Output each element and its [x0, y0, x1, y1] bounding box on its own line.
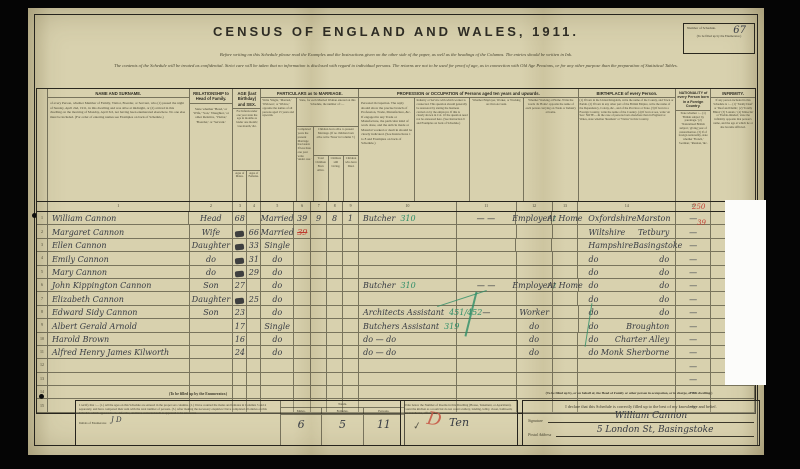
header-birthplace-body: (1) If born in the United Kingdom, write…	[579, 98, 676, 201]
children-living-cell	[327, 292, 343, 304]
age-male-cell: 68	[233, 212, 247, 224]
header-age-males: Ages of Males.	[233, 171, 246, 201]
header-marriage: PARTICULARS as to MARRIAGE. Write 'Singl…	[261, 89, 359, 201]
header-children-group: Children born alive to present Marriage.…	[314, 127, 359, 201]
table-row: 9Albert Gerald Arnold17SingleButchers As…	[37, 319, 755, 332]
marital-status-cell: do	[261, 279, 294, 291]
relationship-cell	[190, 346, 234, 358]
children-born-cell	[311, 279, 327, 291]
column-number: 11	[457, 202, 517, 211]
occupation-cell: Butchers Assistant319	[359, 319, 457, 331]
row-number: 4	[37, 252, 48, 264]
years-married-cell	[294, 306, 311, 318]
age-female-cell	[247, 212, 261, 224]
at-home-cell	[553, 225, 579, 237]
column-number-strip: 12345678910111213141516	[36, 202, 756, 212]
employment-text: Employer	[512, 282, 551, 290]
relationship-cell: Wife	[190, 225, 234, 237]
table-row: 5Mary Cannondo29dododo—	[37, 266, 755, 279]
occupation-cell	[359, 266, 457, 278]
ink-blot	[235, 244, 245, 251]
children-died-cell	[343, 319, 359, 331]
age-male-cell: 23	[233, 306, 247, 318]
children-born-cell	[311, 333, 327, 345]
employment-cell: Worker	[517, 306, 553, 318]
header-occupation-title: PROFESSION or OCCUPATION of Persons aged…	[359, 89, 577, 98]
relationship-cell: Son	[190, 279, 234, 291]
name-cell: Ellen Cannon	[48, 239, 190, 251]
children-died-cell	[343, 359, 359, 371]
name-cell: Elizabeth Cannon	[48, 292, 190, 304]
ink-blot	[235, 257, 245, 264]
row-number: 14	[37, 386, 48, 398]
birthplace-cell: HampshireBasingstoke	[578, 239, 676, 251]
nationality-cell: —	[676, 225, 711, 237]
header-children-living: Children still Living.	[329, 156, 344, 201]
age-male-cell: 17	[233, 319, 247, 331]
column-number: 5	[261, 202, 294, 211]
children-died-cell	[343, 386, 359, 398]
name-cell: Mary Cannon	[48, 266, 190, 278]
relationship-cell: Son	[190, 306, 234, 318]
declaration-box: I declare that this Schedule is correctl…	[522, 400, 760, 446]
table-row: 4Emily Cannondo31dododo—	[37, 252, 755, 265]
at-home-cell	[553, 319, 579, 331]
row-number: 13	[37, 373, 48, 385]
occupation-text: Butcher	[363, 282, 395, 290]
header-relationship: RELATIONSHIP to Head of Family. State wh…	[190, 89, 234, 201]
occupation-code: 310	[400, 282, 415, 290]
row-number: 11	[37, 346, 48, 358]
occupation-cell: Butcher310	[359, 279, 457, 291]
header-children-died: Children who have Died.	[344, 156, 358, 201]
children-died-cell	[343, 292, 359, 304]
birthplace-county: do	[588, 256, 598, 264]
age-female-cell	[247, 279, 261, 291]
header-nationality-body: State whether :— (1) 'British subject by…	[676, 111, 710, 201]
header-industry: Industry or Service with which worker is…	[415, 98, 469, 201]
row-number: 3	[37, 239, 48, 251]
marital-status-cell	[261, 373, 294, 385]
age-male-cell	[233, 359, 247, 371]
children-living-cell	[327, 279, 343, 291]
signature-row: Signature William Cannon	[528, 412, 754, 423]
birthplace-county: do	[588, 269, 598, 277]
column-number: 9	[343, 202, 359, 211]
totals-title: Totals.	[281, 401, 404, 408]
census-rows: 1William CannonHead68Married39981Butcher…	[36, 212, 756, 414]
column-number: 12	[517, 202, 553, 211]
name-cell: Edward Sidy Cannon	[48, 306, 190, 318]
name-cell: John Kippington Cannon	[48, 279, 190, 291]
table-row: 11Alfred Henry James Kilworth24dodo — do…	[37, 346, 755, 359]
children-living-cell	[327, 346, 343, 358]
years-married-cell	[294, 359, 311, 371]
initials-value: J D	[111, 416, 122, 425]
birthplace-town: do	[659, 256, 669, 264]
years-married-cell	[294, 266, 311, 278]
children-died-cell	[343, 252, 359, 264]
table-header: NAME AND SURNAME. of every Person, wheth…	[36, 88, 756, 202]
row-number: 2	[37, 225, 48, 237]
employment-cell: do	[517, 319, 553, 331]
nationality-cell: —	[676, 306, 711, 318]
children-living-cell	[327, 225, 343, 237]
nationality-cell: —	[676, 359, 711, 371]
row-number: 8	[37, 306, 48, 318]
children-born-cell	[311, 386, 327, 398]
header-working-at-home: Whether Working at Home. Write the words…	[524, 98, 577, 201]
birthplace-town: do	[659, 282, 669, 290]
header-relationship-title: RELATIONSHIP to Head of Family.	[190, 89, 233, 104]
age-female-cell: 31	[247, 252, 261, 264]
row-number: 10	[37, 333, 48, 345]
birthplace-county: do	[588, 349, 598, 357]
ink-blot	[235, 230, 245, 237]
initials-label: Initials of Enumerator.	[79, 421, 107, 425]
employment-cell	[517, 373, 553, 385]
birthplace-cell: dodo	[578, 292, 676, 304]
census-scan: CENSUS OF ENGLAND AND WALES, 1911. Befor…	[0, 0, 800, 469]
industry-cell	[457, 292, 517, 304]
children-born-cell	[311, 239, 327, 251]
years-married-cell	[294, 279, 311, 291]
children-born-cell	[311, 306, 327, 318]
header-infirmity-title: INFIRMITY.	[711, 89, 755, 98]
children-died-cell	[343, 373, 359, 385]
header-row-number-col	[37, 89, 48, 201]
nationality-cell: —	[676, 319, 711, 331]
occupation-cell	[359, 239, 457, 251]
age-female-cell: 29	[247, 266, 261, 278]
redaction-overlay	[725, 200, 766, 385]
name-cell: William Cannon	[48, 212, 189, 224]
marital-status-cell: do	[261, 333, 294, 345]
occupation-cell	[359, 292, 457, 304]
marital-status-cell: do	[261, 252, 294, 264]
age-female-cell	[247, 333, 261, 345]
years-married-cell	[294, 239, 311, 251]
children-living-cell	[327, 306, 343, 318]
header-years-married: Completed years the present Marriage has…	[297, 127, 314, 201]
at-home-cell	[553, 359, 579, 371]
row-number: 5	[37, 266, 48, 278]
header-age-subcols: Ages of Males. Ages of Females.	[233, 170, 260, 201]
children-born-cell	[311, 292, 327, 304]
children-living-cell	[327, 359, 343, 371]
marital-status-cell: Single	[261, 319, 294, 331]
instruction-line-1: Before writing on this Schedule please r…	[57, 52, 734, 58]
birthplace-county: do	[588, 296, 598, 304]
column-number: 6	[294, 202, 311, 211]
industry-cell: — —	[457, 212, 517, 224]
occupation-cell	[359, 359, 457, 371]
row-number: 9	[37, 319, 48, 331]
industry-cell	[457, 373, 517, 385]
header-birthplace-title: BIRTHPLACE of every Person.	[579, 89, 676, 98]
years-married-cell	[294, 333, 311, 345]
birthplace-county: Oxfordshire	[588, 215, 636, 223]
children-died-cell	[343, 333, 359, 345]
nationality-cell: —	[676, 292, 711, 304]
birthplace-town: do	[659, 309, 669, 317]
occupation-text: Butchers Assistant	[363, 323, 439, 331]
table-row: 2Margaret CannonWife66Married39Wiltshire…	[37, 225, 755, 238]
age-male-cell	[233, 292, 247, 304]
birthplace-cell: dodo	[578, 252, 676, 264]
at-home-cell: At Home	[553, 279, 579, 291]
children-died-cell	[343, 266, 359, 278]
nationality-cell: —	[676, 346, 711, 358]
employment-cell	[517, 266, 553, 278]
enumerator-box: I certify that :— (1.) All the ages on t…	[75, 400, 405, 446]
children-living-cell	[327, 266, 343, 278]
years-married-cell	[294, 252, 311, 264]
birthplace-town: Marston	[636, 215, 670, 223]
header-name-title: NAME AND SURNAME.	[48, 89, 189, 98]
birthplace-cell: dodo	[579, 279, 677, 291]
header-marriage-detail-cols: Completed years the present Marriage has…	[297, 127, 359, 201]
column-number: 14	[578, 202, 676, 211]
children-died-cell	[343, 346, 359, 358]
nationality-cell: —	[676, 333, 711, 345]
females-label: Females.	[322, 408, 363, 415]
header-relationship-body: State whether 'Head,' or 'Wife,' 'Son,' …	[190, 104, 233, 202]
name-cell: Emily Cannon	[48, 252, 190, 264]
birthplace-county: Wiltshire	[588, 229, 625, 237]
children-born-cell	[311, 225, 327, 237]
certify-text-area: I certify that :— (1.) All the ages on t…	[76, 401, 281, 445]
industry-cell: —	[457, 306, 517, 318]
children-born-cell	[311, 266, 327, 278]
children-died-cell	[343, 279, 359, 291]
at-home-cell	[553, 306, 579, 318]
years-married-cell	[294, 292, 311, 304]
birthplace-cell	[578, 359, 676, 371]
industry-cell	[457, 346, 517, 358]
occupation-cell: do — do	[359, 333, 457, 345]
address-label: Postal Address	[528, 433, 551, 437]
children-born-cell	[311, 319, 327, 331]
children-living-cell: 8	[327, 212, 343, 224]
birthplace-county: Hampshire	[588, 242, 633, 250]
column-number: 10	[359, 202, 457, 211]
totals-values: 6 5 11	[281, 415, 404, 445]
at-home-cell	[553, 346, 579, 358]
children-born-cell	[311, 252, 327, 264]
rooms-box: Write below the Number of Rooms in this …	[400, 400, 518, 446]
age-male-cell	[233, 225, 247, 237]
age-female-cell	[247, 346, 261, 358]
age-male-cell: 16	[233, 333, 247, 345]
age-female-cell: 33	[247, 239, 261, 251]
row-number: 6	[37, 279, 48, 291]
address-value: 5 London St, Basingstoke	[556, 426, 754, 437]
header-marriage-split: Write 'Single,' 'Married,' 'Widower,' or…	[261, 98, 358, 201]
marital-status-cell: do	[261, 266, 294, 278]
years-married-cell: 39	[294, 225, 311, 237]
employment-text: Worker	[519, 309, 549, 317]
industry-cell	[457, 252, 517, 264]
initials-row: Initials of Enumerator. J D	[79, 416, 277, 425]
schedule-number-value: 67	[733, 25, 746, 36]
header-marriage-status: Write 'Single,' 'Married,' 'Widower,' or…	[261, 98, 296, 201]
header-age-body: For Infants under one year state the age…	[233, 109, 260, 170]
column-number: 13	[553, 202, 579, 211]
employment-cell	[517, 252, 553, 264]
age-female-cell	[247, 359, 261, 371]
rooms-instruction: Write below the Number of Rooms in this …	[404, 403, 514, 415]
children-living-cell	[327, 333, 343, 345]
address-row: Postal Address 5 London St, Basingstoke	[528, 426, 754, 437]
years-married-cell	[294, 319, 311, 331]
row-number: 7	[37, 292, 48, 304]
employment-cell	[517, 292, 553, 304]
column-number: 7	[311, 202, 327, 211]
children-died-cell: 1	[343, 212, 359, 224]
header-personal-occupation: Personal Occupation. The reply should sh…	[359, 98, 415, 201]
relationship-cell: Daughter	[190, 239, 234, 251]
occupation-cell	[359, 386, 457, 398]
age-male-cell	[233, 252, 247, 264]
industry-cell	[457, 239, 517, 251]
header-marriage-title: PARTICULARS as to MARRIAGE.	[261, 89, 358, 98]
header-age-title: AGE (last Birthday) and SEX.	[233, 89, 260, 109]
totals-labels: Males. Females. Persons.	[281, 408, 404, 415]
occupation-text: do — do	[363, 336, 396, 344]
marital-status-cell: Married	[261, 212, 294, 224]
schedule-number-box: Number of Schedule. 67 (To be filled up …	[683, 23, 755, 54]
age-male-cell	[233, 239, 247, 251]
row-number: 12	[37, 359, 48, 371]
birthplace-cell: OxfordshireMarston	[578, 212, 676, 224]
at-home-cell	[553, 333, 579, 345]
age-female-cell	[247, 306, 261, 318]
header-nationality: NATIONALITY of every Person born in a Fo…	[676, 89, 711, 201]
occupation-cell: Architects Assistant451/452	[359, 306, 457, 318]
birthplace-town: do	[659, 296, 669, 304]
employment-text: do	[529, 323, 539, 331]
children-died-cell	[343, 239, 359, 251]
children-died-cell	[343, 225, 359, 237]
years-married-cell	[294, 373, 311, 385]
at-home-cell	[553, 373, 579, 385]
name-cell	[48, 373, 190, 385]
header-children-born: Total Children Born Alive.	[314, 156, 329, 201]
table-row: 10Harold Brown16dodo — dododoCharter All…	[37, 333, 755, 346]
header-infirmity: INFIRMITY. If any person included in thi…	[711, 89, 755, 201]
header-occupation-cols: Personal Occupation. The reply should sh…	[359, 98, 577, 201]
red-annotation-bottom: 39	[697, 219, 706, 227]
persons-label: Persons.	[364, 408, 404, 415]
occupation-cell	[359, 252, 457, 264]
table-row: 13—	[37, 373, 755, 386]
birthplace-cell: WiltshireTetbury	[578, 225, 676, 237]
relationship-cell: do	[190, 252, 234, 264]
relationship-cell: Head	[189, 212, 233, 224]
children-born-cell	[311, 373, 327, 385]
name-cell: Albert Gerald Arnold	[48, 319, 190, 331]
table-row: 7Elizabeth CannonDaughter25dododo—	[37, 292, 755, 305]
age-male-cell	[233, 373, 247, 385]
header-name: NAME AND SURNAME. of every Person, wheth…	[48, 89, 190, 201]
industry-cell	[457, 359, 517, 371]
birthplace-cell: doMonk Sherborne	[578, 346, 676, 358]
relationship-cell	[190, 373, 234, 385]
column-number: 3	[233, 202, 247, 211]
birthplace-town: Charter Alley	[615, 336, 669, 344]
signature-label: Signature	[528, 419, 543, 423]
table-row: 12—	[37, 359, 755, 372]
age-male-cell	[233, 266, 247, 278]
column-number: 2	[190, 202, 234, 211]
birthplace-cell: dodo	[578, 266, 676, 278]
at-home-cell	[552, 239, 578, 251]
nationality-cell: —	[676, 279, 711, 291]
header-employer-worker: Whether Employer, Worker, or Working on …	[470, 98, 524, 201]
age-female-cell	[247, 373, 261, 385]
declaration-statement: I declare that this Schedule is correctl…	[528, 404, 754, 409]
totals-grid: Totals. Males. Females. Persons. 6 5 11	[281, 401, 404, 445]
row-number: 1	[37, 212, 48, 224]
birthplace-cell: doBroughton	[579, 319, 677, 331]
column-number: 1	[48, 202, 190, 211]
rooms-value: Ten	[404, 416, 514, 429]
children-living-cell	[327, 239, 343, 251]
nationality-cell: —	[676, 239, 711, 251]
header-infirmity-body: If any person included in this Schedule …	[711, 98, 755, 201]
employment-cell	[516, 239, 552, 251]
occupation-code: 310	[400, 215, 415, 223]
row-number: 15	[37, 399, 48, 411]
relationship-cell	[190, 359, 234, 371]
children-living-cell	[327, 252, 343, 264]
birthplace-county: do	[589, 323, 599, 331]
occupation-cell: Butcher310	[359, 212, 457, 224]
employment-text: Employer	[512, 215, 551, 223]
column-number: 8	[327, 202, 343, 211]
employment-cell: do	[517, 346, 553, 358]
age-female-cell	[247, 319, 261, 331]
marital-status-cell: do	[261, 292, 294, 304]
table-row: 1William CannonHead68Married39981Butcher…	[37, 212, 755, 225]
form-title: CENSUS OF ENGLAND AND WALES, 1911.	[28, 24, 764, 39]
birthplace-town: Basingstoke	[633, 242, 682, 250]
table-row: 6John Kippington CannonSon27doButcher310…	[37, 279, 755, 292]
employment-cell	[517, 359, 553, 371]
census-table: NAME AND SURNAME. of every Person, wheth…	[36, 88, 756, 414]
header-age: AGE (last Birthday) and SEX. For Infants…	[233, 89, 261, 201]
name-cell: Margaret Cannon	[48, 225, 190, 237]
at-home-cell	[553, 266, 579, 278]
females-total: 5	[322, 415, 363, 445]
birthplace-town: Tetbury	[638, 229, 669, 237]
relationship-cell	[190, 333, 234, 345]
employment-cell: do	[517, 333, 553, 345]
occupation-cell: do — do	[359, 346, 457, 358]
occupation-text: Architects Assistant	[363, 309, 444, 317]
children-died-cell	[343, 306, 359, 318]
birthplace-cell: doCharter Alley	[578, 333, 676, 345]
table-row: 3Ellen CannonDaughter33SingleHampshireBa…	[37, 239, 755, 252]
industry-cell	[457, 225, 517, 237]
occupation-text: Butcher	[363, 215, 395, 223]
marital-status-cell: do	[261, 346, 294, 358]
relationship-cell: do	[190, 266, 234, 278]
birthplace-county: do	[588, 336, 598, 344]
table-row: 8Edward Sidy CannonSon23doArchitects Ass…	[37, 306, 755, 319]
census-form-paper: CENSUS OF ENGLAND AND WALES, 1911. Befor…	[28, 8, 764, 455]
